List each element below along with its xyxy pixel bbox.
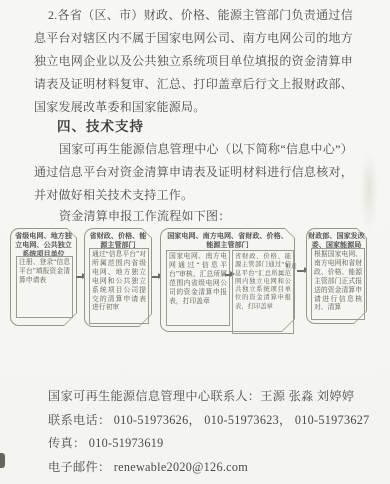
- contact-persons-line: 国家可再生能源信息管理中心联系人：王源 张淼 刘婷婷: [48, 385, 378, 409]
- flow-box-provincial-depts: 省财政、价格、能源主管部门 通过“信息平台”对所属范围内省级电网、地方独立电网和…: [84, 228, 152, 327]
- flow-arrow-icon: [152, 276, 159, 278]
- flow-box-ministries: 财政部、国家发改委、国家能源局 根据国家电网、南方电网和省财政、价格、能源主管部…: [306, 228, 367, 324]
- flow-arrow-icon: [76, 276, 83, 278]
- flow-box-ministries-header: 财政部、国家发改委、国家能源局: [306, 228, 367, 250]
- flow-arrow-icon: [225, 274, 231, 276]
- flow-box-ministries-body: 根据国家电网、南方电网和省财政、价格、能源主管部门正式报送的资金清算申请进行信息…: [311, 248, 365, 320]
- flow-box-grid-and-depts-header: 国家电网、南方电网、省财政、价格、能源主管部门: [160, 228, 295, 250]
- paragraph-tech-support: 国家可再生能源信息管理中心（以下简称“信息中心”）通过信息平台对资金清算申请表及…: [34, 138, 353, 207]
- flow-box-project-units-header: 省级电网、地方独立电网、公共独立系统项目单位: [10, 228, 77, 259]
- scan-artifact: [0, 453, 5, 468]
- scan-noise: [360, 150, 378, 230]
- flow-box-provincial-depts-header: 省财政、价格、能源主管部门: [84, 228, 152, 250]
- flow-box-grid-and-depts: 国家电网、南方电网、省财政、价格、能源主管部门 国家电网、南方电网通过“信息平台…: [160, 228, 295, 332]
- flow-arrow-icon: [297, 270, 305, 272]
- flow-arrow-label: 报送: [284, 264, 298, 270]
- contact-email-line: 电子邮件： renewable2020@126.com: [48, 456, 378, 480]
- flow-box-project-units-body: 注册、登录“信息平台”填报资金清算申请表: [16, 256, 73, 318]
- contact-phone-line: 联系电话： 010-51973626， 010-51973623， 010-51…: [48, 409, 378, 433]
- flowchart: 省级电网、地方独立电网、公共独立系统项目单位 注册、登录“信息平台”填报资金清算…: [0, 226, 390, 344]
- contact-fax-line: 传真： 010-51973619: [48, 432, 378, 456]
- paragraph-flow-intro: 资金清算申报工作流程如下图：: [34, 205, 353, 228]
- flow-box-provincial-depts-body: 通过“信息平台”对所属范围内省级电网、地方独立电网和公共独立系统项目公司提交的清…: [89, 248, 149, 324]
- section-heading-tech-support: 四、技术支持: [57, 115, 144, 135]
- contact-block: 国家可再生能源信息管理中心联系人：王源 张淼 刘婷婷 联系电话： 010-519…: [48, 385, 378, 479]
- flow-box-project-units: 省级电网、地方独立电网、公共独立系统项目单位 注册、登录“信息平台”填报资金清算…: [10, 228, 77, 326]
- flow-box-grid-summary-body: 国家电网、南方电网通过“信息平台”审核、汇总所属范围内省级电网公司的资金清算申报…: [166, 250, 230, 326]
- paragraph-item-2: 2.各省（区、市）财政、价格、能源主管部门负责通过信息平台对辖区内不属于国家电网…: [34, 4, 353, 119]
- document-page: 2.各省（区、市）财政、价格、能源主管部门负责通过信息平台对辖区内不属于国家电网…: [0, 0, 390, 484]
- flow-box-dept-summary-body: 省财政、价格、能源主管部门通过“信息平台”汇总所属范围内独立电网和公共独立系统项…: [232, 250, 294, 334]
